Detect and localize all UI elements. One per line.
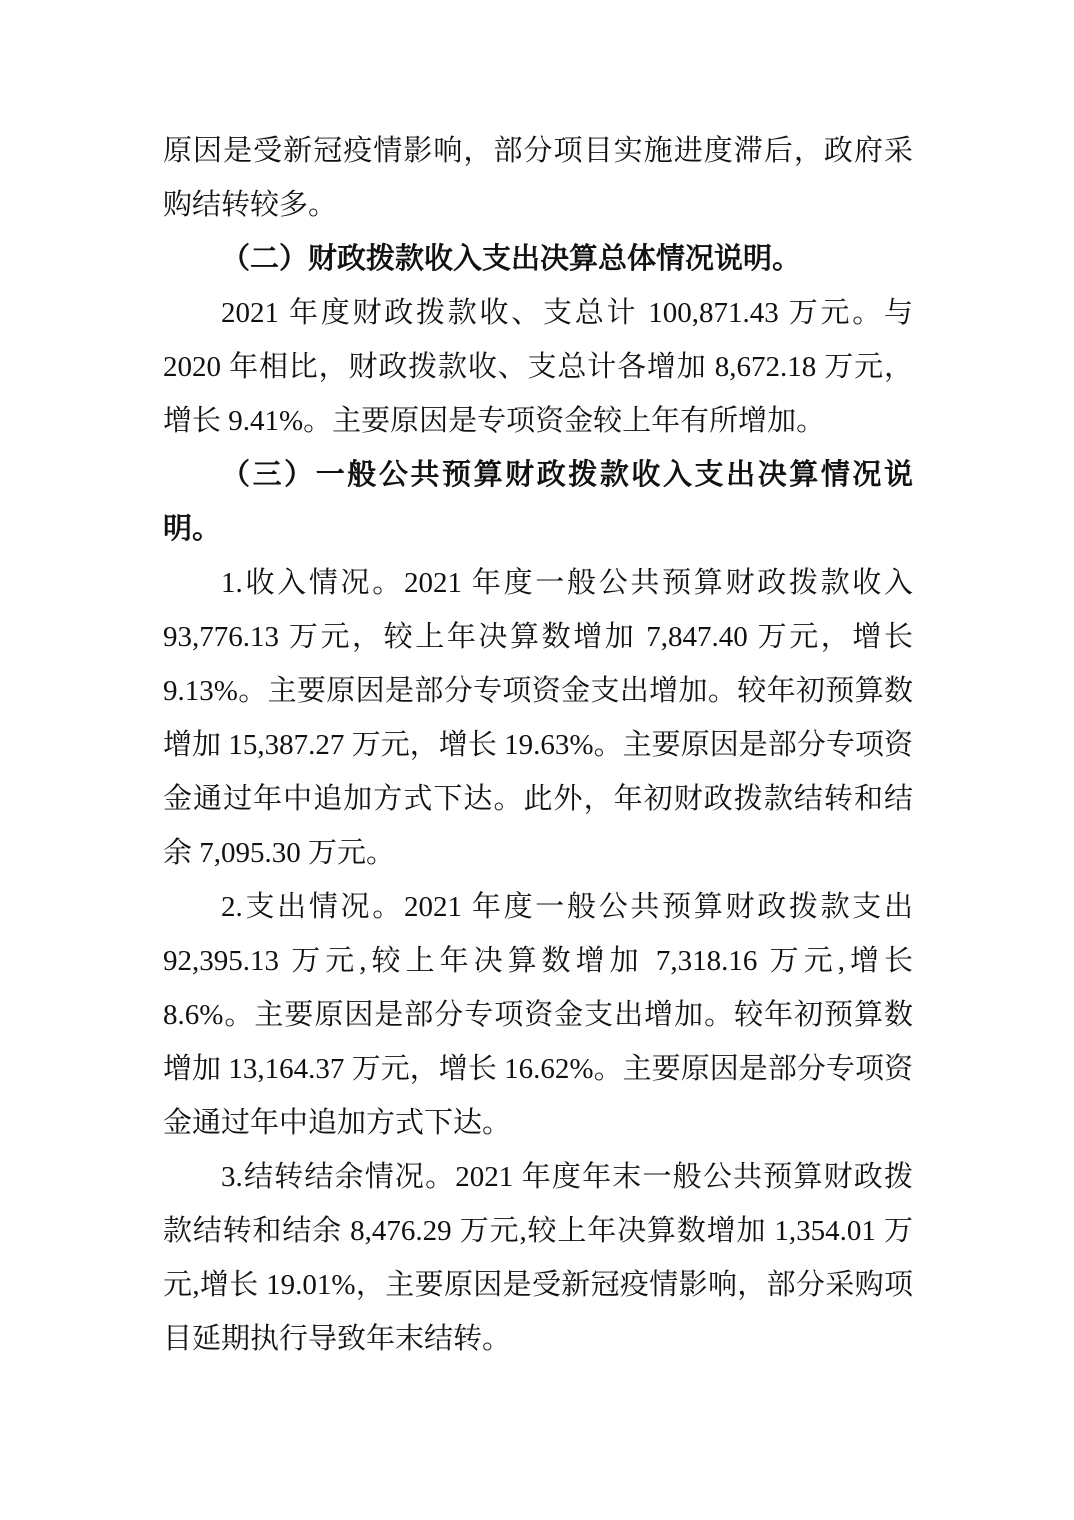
paragraph-income: 1.收入情况。2021 年度一般公共预算财政拨款收入 93,776.13 万元，… [163,556,913,880]
paragraph-carryover: 3.结转结余情况。2021 年度年末一般公共预算财政拨款结转和结余 8,476.… [163,1150,913,1366]
document-body: 原因是受新冠疫情影响，部分项目实施进度滞后，政府采购结转较多。 （二）财政拨款收… [163,124,913,1366]
section-heading-2: （二）财政拨款收入支出决算总体情况说明。 [163,232,913,286]
paragraph-expenditure: 2.支出情况。2021 年度一般公共预算财政拨款支出 92,395.13 万元,… [163,880,913,1150]
section-heading-3: （三）一般公共预算财政拨款收入支出决算情况说明。 [163,448,913,556]
paragraph-continuation: 原因是受新冠疫情影响，部分项目实施进度滞后，政府采购结转较多。 [163,124,913,232]
document-page: 原因是受新冠疫情影响，部分项目实施进度滞后，政府采购结转较多。 （二）财政拨款收… [0,0,1074,1520]
paragraph-fiscal-total: 2021 年度财政拨款收、支总计 100,871.43 万元。与 2020 年相… [163,286,913,448]
